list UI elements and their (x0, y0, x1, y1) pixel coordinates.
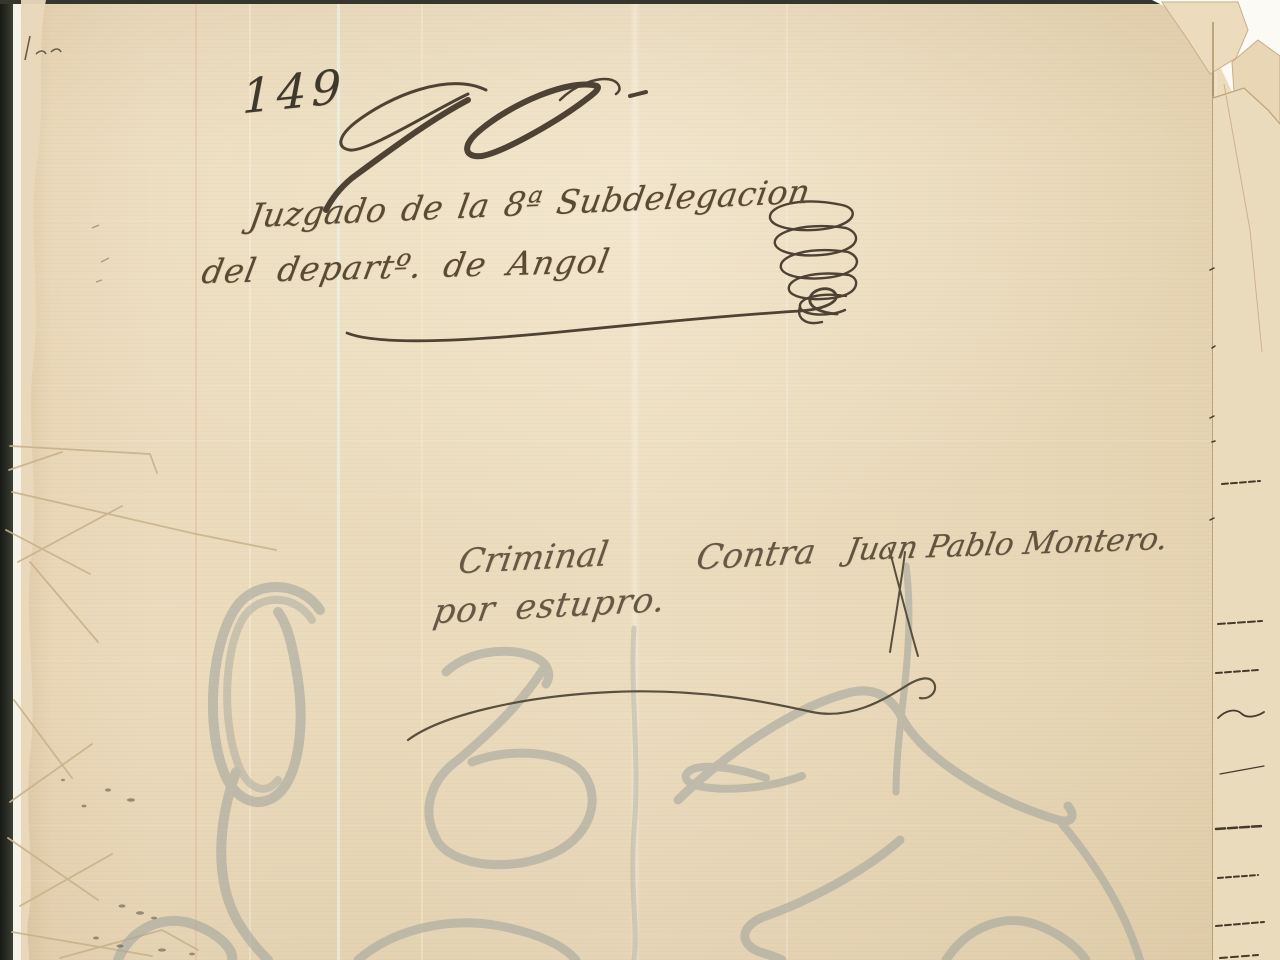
torn-left-edge (21, 0, 46, 960)
manuscript-artwork-layer (0, 0, 1280, 960)
smudge-specks (61, 779, 195, 956)
header-underline-swoosh (347, 289, 837, 341)
case-versus-label: Contra (694, 532, 819, 579)
scanned-manuscript-page: { "document": { "kind": "handwritten cou… (0, 0, 1280, 960)
binding-threads (6, 446, 276, 958)
spiral-coil-flourish (770, 202, 857, 324)
left-margin-specks (92, 225, 109, 282)
pencil-scribbles (118, 566, 1140, 960)
case-type-label: Criminal (456, 534, 612, 582)
page-number: 149 (242, 59, 346, 125)
